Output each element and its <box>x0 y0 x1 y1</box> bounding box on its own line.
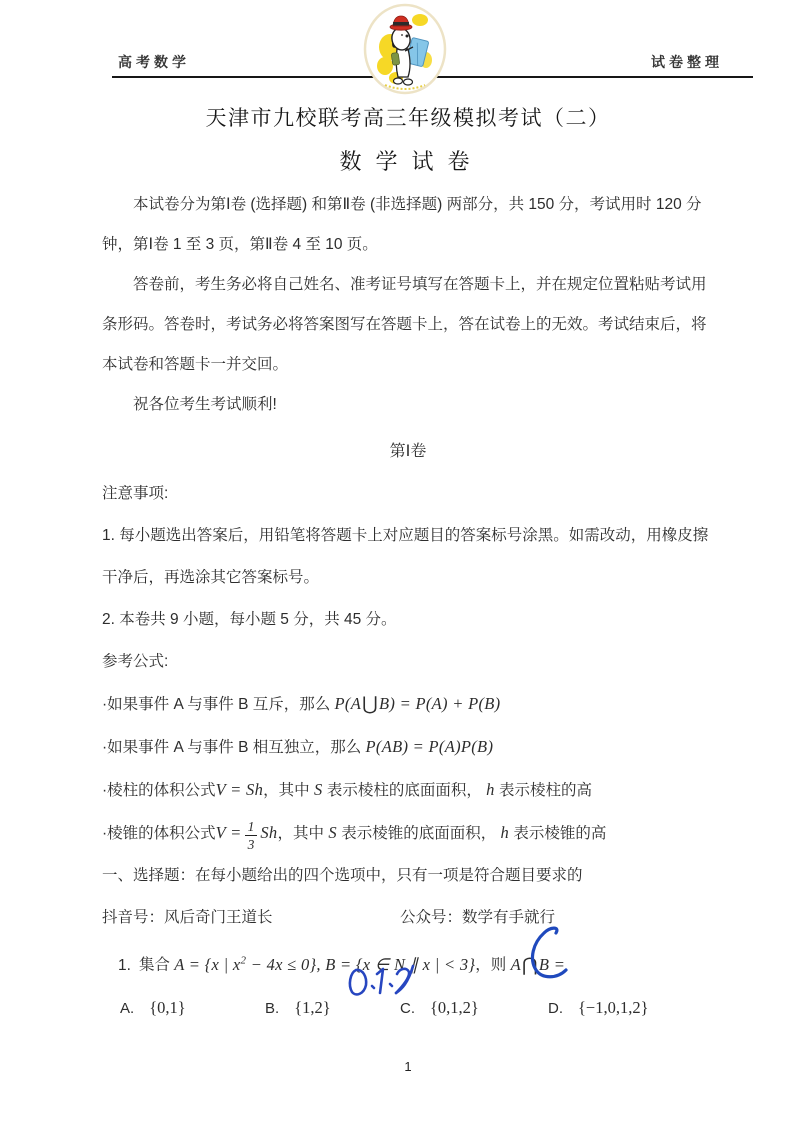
intersection-operator: ⋂ <box>521 955 539 976</box>
notice-item-1: 1. 每小题选出答案后，用铅笔将答题卡上对应题目的答案标号涂黑。如需改动，用橡皮… <box>102 515 714 599</box>
intro-paragraph-3: 祝各位考生考试顺利! <box>102 385 714 425</box>
one-third-fraction: 13 <box>245 819 258 852</box>
question-1: 1.集合 A = {x | x2 − 4x ≤ 0}, B = {x ∈ N ∥… <box>102 939 714 987</box>
formula-independent-math: P(AB) = P(A)P(B) <box>366 737 494 756</box>
intro-paragraph-1: 本试卷分为第Ⅰ卷 (选择题) 和第Ⅱ卷 (非选择题) 两部分，共 150 分，考… <box>102 185 714 265</box>
option-a: A.{0,1} <box>120 987 186 1030</box>
notice-title: 注意事项: <box>102 473 714 515</box>
document-body: 天津市九校联考高三年级模拟考试（二） 数学试卷 本试卷分为第Ⅰ卷 (选择题) 和… <box>102 95 714 1075</box>
option-b: B.{1,2} <box>265 987 331 1030</box>
question-1-options: A.{0,1} B.{1,2} C.{0,1,2} D.{−1,0,1,2} <box>102 987 714 1029</box>
reference-formulas-title: 参考公式: <box>102 641 714 683</box>
intro-paragraphs: 本试卷分为第Ⅰ卷 (选择题) 和第Ⅱ卷 (非选择题) 两部分，共 150 分，考… <box>102 185 714 425</box>
formula-independent: ·如果事件 A 与事件 B 相互独立，那么 P(AB) = P(A)P(B) <box>102 726 714 769</box>
section-1-body: 注意事项: 1. 每小题选出答案后，用铅笔将答题卡上对应题目的答案标号涂黑。如需… <box>102 473 714 1075</box>
exam-paper-page: 高考数学 试卷整理 天津市九校联 <box>0 0 800 1131</box>
choice-section-heading: 一、选择题：在每小题给出的四个选项中，只有一项是符合题目要求的 <box>102 855 714 897</box>
formula-prism-volume: ·棱柱的体积公式V = Sh，其中 S 表示棱柱的底面面积， h 表示棱柱的高 <box>102 769 714 812</box>
header-left-text: 高考数学 <box>118 52 190 72</box>
douyin-account: 抖音号：风后奇门王道长 <box>102 909 273 926</box>
formula-union-math: P(A⋃B) = P(A) + P(B) <box>335 694 501 713</box>
question-1-number: 1. <box>118 957 131 974</box>
option-d: D.{−1,0,1,2} <box>548 987 649 1030</box>
question-1-math: A = {x | x2 − 4x ≤ 0}, B = {x ∈ N ∥ x | … <box>174 955 475 974</box>
notice-item-2: 2. 本卷共 9 小题，每小题 5 分，共 45 分。 <box>102 599 714 641</box>
snoopy-logo-icon <box>363 3 447 95</box>
exam-title: 天津市九校联考高三年级模拟考试（二） <box>102 101 714 135</box>
formula-pyramid-volume: ·棱锥的体积公式V =13Sh，其中 S 表示棱锥的底面面积， h 表示棱锥的高 <box>102 812 714 855</box>
header-right-text: 试卷整理 <box>651 52 723 72</box>
wechat-account: 公众号：数学有手就行 <box>400 897 555 939</box>
section-1-heading: 第Ⅰ卷 <box>102 431 714 473</box>
exam-subtitle: 数学试卷 <box>109 147 714 177</box>
union-operator: ⋃ <box>361 694 379 715</box>
formula-union: ·如果事件 A 与事件 B 互斥，那么 P(A⋃B) = P(A) + P(B) <box>102 683 714 726</box>
intro-paragraph-2: 答卷前，考生务必将自己姓名、准考证号填写在答题卡上，并在规定位置粘贴考试用条形码… <box>102 265 714 385</box>
page-number: 1 <box>102 1059 714 1075</box>
social-accounts-row: 抖音号：风后奇门王道长 公众号：数学有手就行 <box>102 897 714 939</box>
option-c: C.{0,1,2} <box>400 987 479 1030</box>
